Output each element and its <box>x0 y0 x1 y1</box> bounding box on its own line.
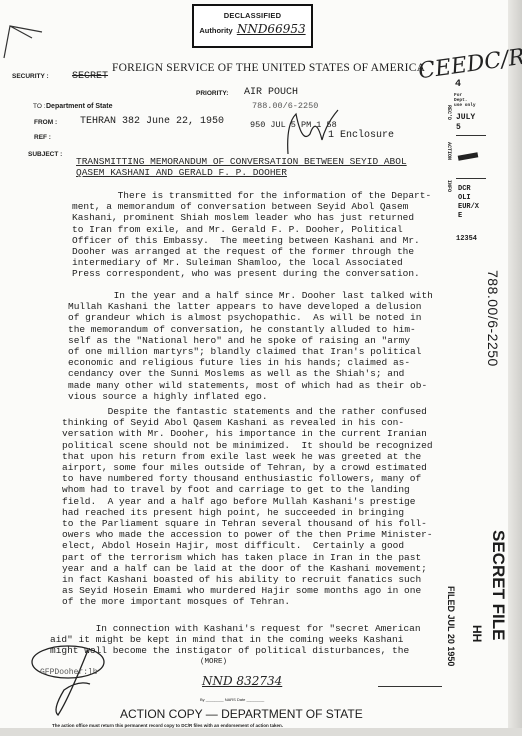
received-label: REC'D <box>446 105 451 120</box>
routing-number: 4 <box>455 80 461 90</box>
handwritten-initials-icon <box>282 104 342 159</box>
subject-line-2: QASEM KASHANI AND GERALD F. P. DOOHER <box>76 167 431 178</box>
nars-by-line: By ________ NARS Date ________ <box>200 697 264 702</box>
routing-divider-1 <box>456 135 486 136</box>
subject-line-1: TRANSMITTING MEMORANDUM OF CONVERSATION … <box>76 156 431 167</box>
security-value: SECRET <box>72 71 108 82</box>
received-month: JULY <box>456 113 475 123</box>
security-label: SECURITY : <box>12 73 49 80</box>
body-paragraph-2: In the year and a half since Mr. Dooher … <box>68 290 488 402</box>
body-paragraph-1: There is transmitted for the information… <box>72 190 492 280</box>
secret-file-stamp: SECRET FILE <box>488 530 508 641</box>
authority-label: Authority <box>199 26 232 35</box>
to-label: TO : <box>33 103 46 110</box>
subject-label: SUBJECT : <box>28 151 62 158</box>
action-label: ACTION <box>446 142 451 160</box>
for-dept-note: For Dept. use only <box>454 93 478 108</box>
file-number-vertical: 788.00/6-2250 <box>485 270 501 367</box>
declass-number: NND 832734 <box>202 674 282 688</box>
letterhead-title: FOREIGN SERVICE OF THE UNITED STATES OF … <box>112 62 425 74</box>
initials-stamp: HH <box>470 625 484 642</box>
declassified-title: DECLASSIFIED <box>194 11 311 20</box>
action-copy-note: The action office must return this perma… <box>52 723 283 728</box>
subject-text: TRANSMITTING MEMORANDUM OF CONVERSATION … <box>76 156 431 178</box>
authority-line: Authority NND66953 <box>194 22 311 36</box>
page-edge-shadow <box>508 0 522 736</box>
declassified-stamp: DECLASSIFIED Authority NND66953 <box>192 4 313 48</box>
from-value: TEHRAN 382 June 22, 1950 <box>80 116 224 127</box>
authority-value: NND66953 <box>237 22 306 36</box>
ref-label: REF : <box>34 134 51 141</box>
filed-date-stamp: FILED JUL 20 1950 <box>446 586 456 666</box>
corner-pen-mark-icon <box>2 18 62 63</box>
continued-marker: (MORE) <box>200 658 227 666</box>
to-value: Department of State <box>46 103 113 110</box>
priority-value: AIR POUCH <box>244 87 298 98</box>
from-label: FROM : <box>34 119 57 126</box>
signature-line <box>378 686 442 687</box>
body-paragraph-3: Despite the fantastic statements and the… <box>62 406 482 608</box>
priority-label: PRIORITY: <box>196 90 228 97</box>
signer-initials: GFPDooher:lb <box>40 668 98 677</box>
received-day: 5 <box>456 123 461 133</box>
routing-divider-2 <box>456 178 486 179</box>
page-bottom-edge <box>0 728 522 736</box>
action-copy-title: ACTION COPY — DEPARTMENT OF STATE <box>120 707 363 721</box>
